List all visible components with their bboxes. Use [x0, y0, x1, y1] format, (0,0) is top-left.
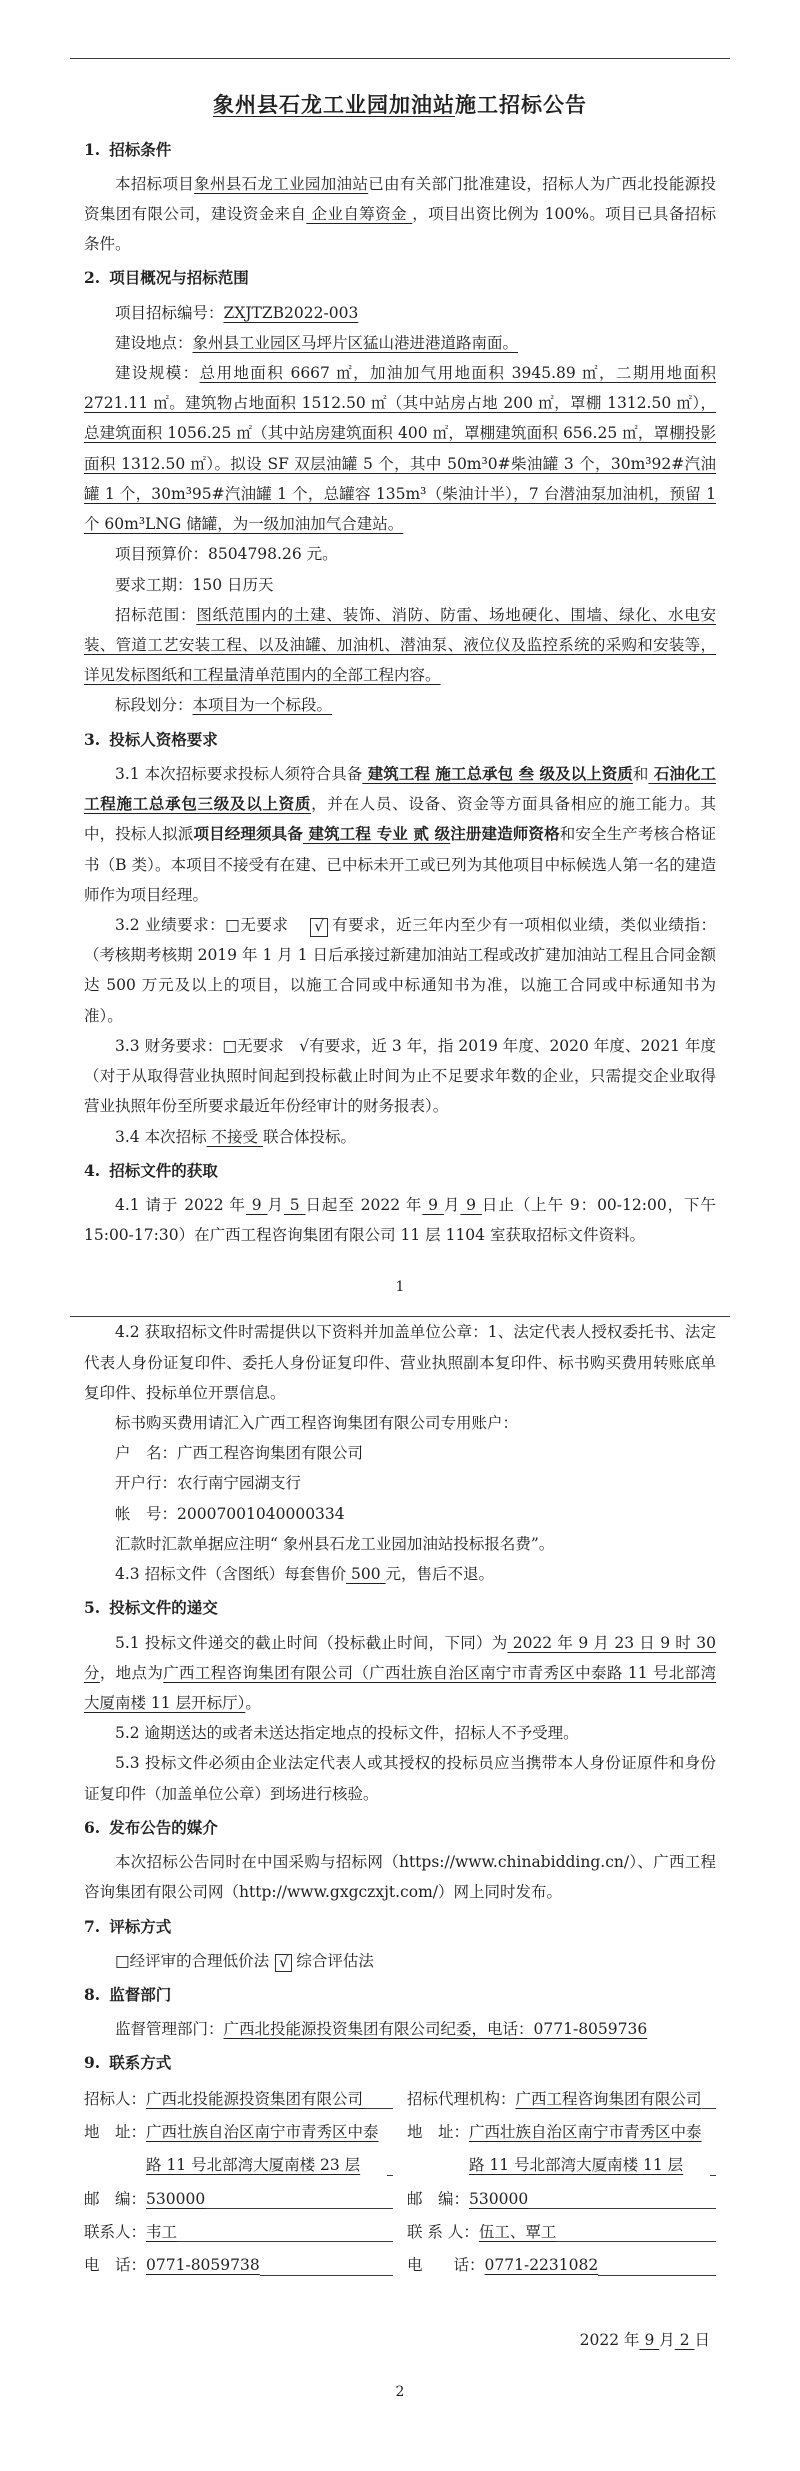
section-heading: 7.评标方式	[84, 1912, 716, 1942]
text-segment: 要求工期：150 日历天	[115, 576, 274, 594]
section-number: 1.	[84, 140, 100, 159]
paragraph: 4.1 请于 2022 年 9 月 5 日起至 2022 年 9 月 9 日止（…	[84, 1190, 716, 1250]
contact-value-text: 0771-8059738	[146, 2249, 260, 2282]
paragraph: 3.4 本次招标 不接受 联合体投标。	[84, 1122, 716, 1152]
checkbox-checked-icon: √	[310, 918, 327, 937]
text-segment: 项目预算价：8504798.26 元。	[115, 545, 338, 563]
paragraph: 4.2 获取招标文件时需提供以下资料并加盖单位公章：1、法定代表人授权委托书、法…	[84, 1317, 716, 1408]
contact-value: 韦工	[146, 2216, 393, 2249]
text-segment: ZXJTZB2022-003	[224, 304, 359, 322]
underline-filler	[177, 2241, 393, 2242]
text-segment: 9	[640, 2331, 660, 2349]
section-title: 监督部门	[109, 1985, 171, 2004]
contact-label: 招标人：	[84, 2083, 146, 2116]
contact-value-text: 广西工程咨询集团有限公司	[516, 2083, 702, 2116]
contact-label: 地 址：	[84, 2116, 146, 2183]
paragraph: 3.1 本次招标要求投标人须符合具备 建筑工程 施工总承包 叁 级及以上资质和 …	[84, 759, 716, 910]
text-segment: 9	[460, 1196, 482, 1214]
paragraph: 标段划分：本项目为一个标段。	[84, 690, 716, 720]
underline-filler	[363, 2108, 393, 2109]
paragraph: 项目招标编号：ZXJTZB2022-003	[84, 298, 716, 328]
text-segment: 建设地点：	[115, 334, 193, 352]
underline-filler	[556, 2241, 716, 2242]
contact-row: 联系人：韦工	[84, 2216, 393, 2249]
text-segment: 元，售后不退。	[386, 1565, 495, 1583]
contact-value: 530000	[469, 2183, 716, 2216]
page-number: 1	[84, 1280, 716, 1294]
section-number: 4.	[84, 1161, 100, 1180]
contact-label: 地 址：	[407, 2116, 469, 2183]
text-segment: 本招标项目	[115, 175, 194, 193]
contact-value-text: 530000	[469, 2183, 528, 2216]
underline-filler	[710, 2175, 716, 2176]
contact-row: 联 系 人：伍工、覃工	[407, 2216, 716, 2249]
text-segment: 广西工程咨询集团有限公司（广西壮族自治区南宁市青秀区中泰路 11 号北部湾大厦南…	[84, 1664, 716, 1712]
contact-label: 电 话：	[84, 2249, 146, 2282]
text-segment: 3.1 本次招标要求投标人须符合具备	[115, 765, 362, 783]
contact-value: 0771-2231082	[485, 2249, 716, 2282]
contact-row: 招标人：广西北投能源投资集团有限公司	[84, 2083, 393, 2116]
text-segment: 月	[659, 2331, 675, 2349]
paragraph: 4.3 招标文件（含图纸）每套售价 500 元，售后不退。	[84, 1559, 716, 1589]
text-segment: 建设规模：	[115, 364, 200, 382]
paragraph: 户 名：广西工程咨询集团有限公司	[84, 1438, 716, 1468]
section-number: 7.	[84, 1917, 100, 1936]
text-segment: 本项目为一个标段。	[193, 696, 333, 714]
contact-label: 邮 编：	[84, 2183, 146, 2216]
document-title: 象州县石龙工业园加油站施工招标公告	[84, 89, 716, 121]
contact-block: 招标人：广西北投能源投资集团有限公司地 址：广西壮族自治区南宁市青秀区中泰路 1…	[84, 2083, 716, 2283]
contact-value: 广西壮族自治区南宁市青秀区中泰路 11 号北部湾大厦南楼 11 层	[469, 2116, 716, 2183]
contact-value-text: 广西壮族自治区南宁市青秀区中泰路 11 号北部湾大厦南楼 23 层	[146, 2116, 387, 2183]
paragraph: 招标范围：图纸范围内的土建、装饰、消防、防雷、场地硬化、围墙、绿化、水电安装、管…	[84, 600, 716, 691]
paragraph: 监督管理部门：广西北投能源投资集团有限公司纪委，电话：0771-8059736	[84, 2014, 716, 2044]
text-segment: 和	[633, 765, 649, 783]
text-segment: 9	[246, 1196, 268, 1214]
text-segment: 4.3 招标文件（含图纸）每套售价	[115, 1565, 346, 1583]
contact-value-text: 530000	[146, 2183, 205, 2216]
contact-label: 邮 编：	[407, 2183, 469, 2216]
underline-filler	[387, 2175, 393, 2176]
text-segment: 3.2 业绩要求：□无要求	[115, 916, 304, 934]
contact-value: 广西工程咨询集团有限公司	[516, 2083, 716, 2116]
paragraph: □经评审的合理低价法√综合评估法	[84, 1946, 716, 1976]
contact-value-text: 0771-2231082	[485, 2249, 599, 2282]
paragraph: 开户行：农行南宁园湖支行	[84, 1468, 716, 1498]
underline-filler	[702, 2108, 716, 2109]
text-segment: 项目经理须具备	[193, 824, 302, 843]
contact-value-text: 广西壮族自治区南宁市青秀区中泰路 11 号北部湾大厦南楼 11 层	[469, 2116, 710, 2183]
paragraph: 帐 号：20007001040000334	[84, 1499, 716, 1529]
page-border-line	[70, 58, 730, 59]
contact-value-text: 韦工	[146, 2216, 177, 2249]
section-heading: 4.招标文件的获取	[84, 1156, 716, 1186]
text-segment: 广西北投能源投资集团有限公司纪委，电话：0771-8059736	[224, 2020, 648, 2038]
bottom-spacer	[84, 2421, 716, 2471]
section-title: 招标条件	[109, 140, 171, 159]
contact-label: 招标代理机构：	[407, 2083, 516, 2116]
text-segment: 不接受	[207, 1128, 263, 1146]
section-title: 投标文件的递交	[109, 1598, 218, 1617]
text-segment: 监督管理部门：	[115, 2020, 224, 2038]
text-segment: 2	[675, 2331, 695, 2349]
section-number: 3.	[84, 730, 100, 749]
document-page: 象州县石龙工业园加油站施工招标公告1.招标条件本招标项目象州县石龙工业园加油站已…	[0, 0, 800, 2471]
document-flow: 象州县石龙工业园加油站施工招标公告1.招标条件本招标项目象州县石龙工业园加油站已…	[84, 58, 716, 2471]
paragraph: 建设地点：象州县工业园区马坪片区猛山港进港道路南面。	[84, 328, 716, 358]
contact-value: 0771-8059738	[146, 2249, 393, 2282]
underline-filler	[528, 2208, 716, 2209]
text-segment: 本次招标公告同时在中国采购与招标网（https://www.chinabiddi…	[84, 1853, 716, 1901]
section-title: 投标人资格要求	[109, 730, 218, 749]
text-segment: 3.3 财务要求：□无要求 √有要求，近 3 年，指 2019 年度、2020 …	[84, 1037, 716, 1115]
text-segment: 5	[284, 1196, 306, 1214]
paragraph: 标书购买费用请汇入广西工程咨询集团有限公司专用账户：	[84, 1408, 716, 1438]
paragraph: 汇款时汇款单据应注明“ 象州县石龙工业园加油站投标报名费”。	[84, 1529, 716, 1559]
section-title: 招标文件的获取	[109, 1161, 218, 1180]
contact-column-left: 招标人：广西北投能源投资集团有限公司地 址：广西壮族自治区南宁市青秀区中泰路 1…	[84, 2083, 393, 2283]
paragraph: 3.2 业绩要求：□无要求 √有要求，近三年内至少有一项相似业绩，类似业绩指：（…	[84, 910, 716, 1031]
text-segment: 500	[346, 1565, 385, 1583]
paragraph: 本次招标公告同时在中国采购与招标网（https://www.chinabiddi…	[84, 1847, 716, 1907]
contact-value-text: 伍工、覃工	[479, 2216, 557, 2249]
page-number: 2	[84, 2385, 716, 2399]
paragraph: 5.1 投标文件递交的截止时间（投标截止时间，下同）为 2022 年 9 月 2…	[84, 1628, 716, 1719]
section-heading: 1.招标条件	[84, 135, 716, 165]
text-segment: 企业自筹资金	[306, 205, 412, 223]
paragraph: 5.2 逾期送达的或者未送达指定地点的投标文件，招标人不予受理。	[84, 1718, 716, 1748]
text-segment: 3.4 本次招标	[115, 1128, 207, 1146]
section-number: 9.	[84, 2053, 100, 2072]
contact-row: 地 址：广西壮族自治区南宁市青秀区中泰路 11 号北部湾大厦南楼 23 层	[84, 2116, 393, 2183]
text-segment: 日	[694, 2331, 710, 2349]
text-segment: 2022 年	[580, 2331, 640, 2349]
section-number: 8.	[84, 1985, 100, 2004]
underline-filler	[598, 2275, 716, 2276]
text-segment: 日起至 2022 年	[305, 1196, 422, 1214]
text-segment: 4.1 请于 2022 年	[115, 1196, 246, 1214]
section-title: 联系方式	[109, 2053, 171, 2072]
contact-value: 伍工、覃工	[479, 2216, 716, 2249]
contact-row: 地 址：广西壮族自治区南宁市青秀区中泰路 11 号北部湾大厦南楼 11 层	[407, 2116, 716, 2183]
text-segment: 象州县工业园区马坪片区猛山港进港道路南面。	[193, 334, 519, 352]
section-heading: 3.投标人资格要求	[84, 725, 716, 755]
paragraph: 项目预算价：8504798.26 元。	[84, 539, 716, 569]
text-segment: 月	[267, 1196, 283, 1214]
text-segment: 。	[245, 1694, 261, 1712]
contact-value: 530000	[146, 2183, 393, 2216]
section-number: 6.	[84, 1818, 100, 1837]
contact-label: 电 话：	[407, 2249, 485, 2282]
section-number: 5.	[84, 1598, 100, 1617]
text-segment: 开户行：农行南宁园湖支行	[115, 1474, 301, 1492]
contact-value: 广西北投能源投资集团有限公司	[146, 2083, 393, 2116]
section-title: 项目概况与招标范围	[109, 268, 249, 287]
text-segment: 月	[444, 1196, 460, 1214]
contact-value: 广西壮族自治区南宁市青秀区中泰路 11 号北部湾大厦南楼 23 层	[146, 2116, 393, 2183]
text-segment: 象州县石龙工业园加油站	[194, 175, 368, 193]
paragraph: 3.3 财务要求：□无要求 √有要求，近 3 年，指 2019 年度、2020 …	[84, 1031, 716, 1122]
text-segment: 建筑工程 施工总承包 叁 级及以上资质	[362, 764, 633, 783]
text-segment: 招标范围：	[115, 606, 196, 624]
date-line: 2022 年 9 月 2 日	[84, 2325, 710, 2355]
text-segment: 5.2 逾期送达的或者未送达指定地点的投标文件，招标人不予受理。	[115, 1724, 579, 1742]
contact-row: 招标代理机构：广西工程咨询集团有限公司	[407, 2083, 716, 2116]
section-title: 评标方式	[109, 1917, 171, 1936]
paragraph: 要求工期：150 日历天	[84, 570, 716, 600]
underline-filler	[205, 2208, 393, 2209]
text-segment: 标段划分：	[115, 696, 193, 714]
text-segment: ，地点为	[100, 1664, 163, 1682]
paragraph: 建设规模：总用地面积 6667 ㎡，加油加气用地面积 3945.89 ㎡，二期用…	[84, 358, 716, 539]
contact-value-text: 广西北投能源投资集团有限公司	[146, 2083, 363, 2116]
text-segment: 5.3 投标文件必须由企业法定代表人或其授权的投标员应当携带本人身份证原件和身份…	[84, 1754, 716, 1802]
checkbox-checked-icon: √	[275, 1954, 292, 1973]
text-segment: 施工招标公告	[455, 92, 587, 117]
contact-row: 邮 编：530000	[407, 2183, 716, 2216]
text-segment: 联合体投标。	[263, 1128, 356, 1146]
text-segment: 4.2 获取招标文件时需提供以下资料并加盖单位公章：1、法定代表人授权委托书、法…	[84, 1323, 716, 1401]
paragraph: 5.3 投标文件必须由企业法定代表人或其授权的投标员应当携带本人身份证原件和身份…	[84, 1748, 716, 1808]
text-segment: 5.1 投标文件递交的截止时间（投标截止时间，下同）为	[115, 1634, 508, 1652]
text-segment: 综合评估法	[296, 1952, 374, 1970]
contact-row: 邮 编：530000	[84, 2183, 393, 2216]
text-segment: 标书购买费用请汇入广西工程咨询集团有限公司专用账户：	[115, 1414, 518, 1432]
section-heading: 6.发布公告的媒介	[84, 1813, 716, 1843]
text-segment: 建筑工程 专业 贰 级	[303, 824, 450, 843]
contact-label: 联系人：	[84, 2216, 146, 2249]
section-heading: 2.项目概况与招标范围	[84, 263, 716, 293]
section-heading: 9.联系方式	[84, 2048, 716, 2078]
text-segment: 总用地面积 6667 ㎡，加油加气用地面积 3945.89 ㎡，二期用地面积 2…	[84, 364, 716, 533]
section-title: 发布公告的媒介	[109, 1818, 218, 1837]
text-segment: □经评审的合理低价法	[115, 1952, 269, 1970]
contact-column-right: 招标代理机构：广西工程咨询集团有限公司地 址：广西壮族自治区南宁市青秀区中泰路 …	[407, 2083, 716, 2283]
contact-label: 联 系 人：	[407, 2216, 479, 2249]
contact-row: 电 话：0771-8059738	[84, 2249, 393, 2282]
text-segment: 汇款时汇款单据应注明“ 象州县石龙工业园加油站投标报名费”。	[115, 1535, 554, 1553]
section-heading: 5.投标文件的递交	[84, 1593, 716, 1623]
contact-row: 电 话：0771-2231082	[407, 2249, 716, 2282]
text-segment: 注册建造师资格	[450, 824, 559, 843]
text-segment: 户 名：广西工程咨询集团有限公司	[115, 1444, 363, 1462]
text-segment: 象州县石龙工业园加油站	[213, 92, 455, 117]
text-segment: 帐 号：20007001040000334	[115, 1505, 345, 1523]
text-segment: 9	[422, 1196, 444, 1214]
paragraph: 本招标项目象州县石龙工业园加油站已由有关部门批准建设，招标人为广西北投能源投资集…	[84, 169, 716, 260]
underline-filler	[260, 2275, 393, 2276]
section-number: 2.	[84, 268, 100, 287]
section-heading: 8.监督部门	[84, 1980, 716, 2010]
text-segment: 项目招标编号：	[115, 304, 224, 322]
